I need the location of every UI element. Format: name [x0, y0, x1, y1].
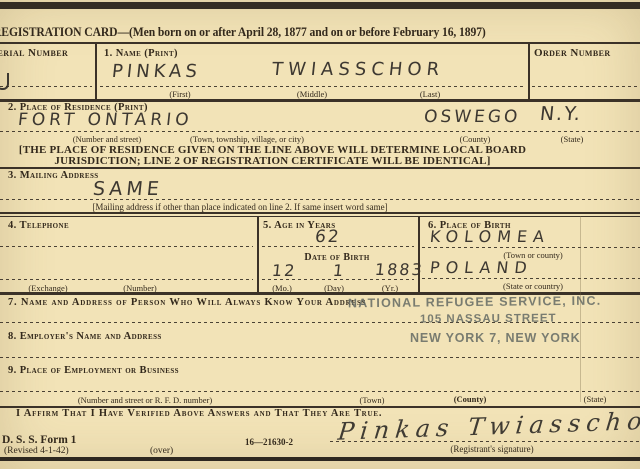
mailing-address-label: 3. Mailing Address: [8, 170, 99, 181]
scan-crease: [580, 216, 581, 402]
name-last-value: TWIASSCHOR: [271, 59, 445, 80]
row1-divider-left: [95, 44, 97, 99]
birth-town-dotted-rule: [422, 247, 640, 248]
print-code: 16—21630-2: [245, 437, 293, 447]
local-board-notice-line2: JURISDICTION; LINE 2 OF REGISTRATION CER…: [0, 155, 545, 167]
form-number: D. S. S. Form 1: [2, 434, 76, 446]
order-number-label: Order Number: [534, 47, 611, 59]
form-revision: (Revised 4-1-42): [4, 446, 69, 456]
mailing-dotted-rule: [0, 199, 640, 200]
refugee-service-stamp-line2: 105 NASSAU STREET: [420, 313, 557, 326]
mailing-address-hint: [Mailing address if other than place ind…: [0, 202, 480, 212]
refugee-service-stamp-line3: NEW YORK 7, NEW YORK: [410, 331, 580, 345]
serial-number-partial-handwriting: [0, 73, 9, 90]
row4-divider-left: [257, 217, 259, 293]
age-dotted-rule: [262, 246, 414, 247]
row2-bottom-rule: [0, 167, 640, 169]
dob-month-value: 12: [271, 261, 297, 280]
age-value: 62: [314, 227, 342, 247]
employer-dotted-rule: [0, 357, 640, 358]
employment-street-hint: (Number and street or R. F. D. number): [78, 395, 212, 405]
birth-country-value: POLAND: [429, 258, 534, 277]
middle-hint: (Middle): [297, 89, 327, 99]
affirmation-text: I Affirm That I Have Verified Above Answ…: [16, 408, 382, 419]
residence-street-value: FORT ONTARIO: [17, 110, 194, 130]
card-title: REGISTRATION CARD—(Men born on or after …: [0, 25, 486, 40]
row3-bottom-rule-a: [0, 212, 640, 214]
order-dotted-rule: [532, 86, 640, 87]
over-note: (over): [150, 446, 173, 456]
telephone-dotted-rule-1: [0, 246, 253, 247]
first-hint: (First): [169, 89, 190, 99]
name-label: 1. Name (Print): [104, 48, 178, 59]
telephone-dotted-rule-2: [0, 279, 253, 280]
card-bottom-edge: [0, 457, 640, 461]
row3-bottom-rule-b: [0, 216, 640, 218]
serial-dotted-rule: [0, 86, 92, 87]
refugee-service-stamp-line1: NATIONAL REFUGEE SERVICE, INC.: [348, 294, 602, 311]
employment-county-hint: (County): [454, 394, 487, 404]
name-first-value: PINKAS: [111, 61, 202, 82]
telephone-label: 4. Telephone: [8, 220, 69, 231]
card-top-edge: [0, 2, 640, 9]
residence-state-value: N.Y.: [539, 103, 583, 125]
employment-place-label: 9. Place of Employment or Business: [8, 365, 179, 376]
residence-county-hint: (County): [460, 134, 491, 144]
birth-country-hint: (State or country): [503, 281, 563, 291]
name-dotted-rule: [100, 86, 524, 87]
residence-state-hint: (State): [561, 134, 584, 144]
residence-county-value: OSWEGO: [423, 107, 521, 127]
employment-dotted-rule: [0, 391, 640, 392]
residence-street-hint: (Number and street): [73, 134, 141, 144]
mailing-address-value: SAME: [92, 178, 164, 200]
birth-town-value: KOLOMEA: [429, 227, 551, 246]
registration-card: REGISTRATION CARD—(Men born on or after …: [0, 0, 640, 469]
row4-divider-right: [418, 217, 420, 293]
employment-town-hint: (Town): [360, 395, 385, 405]
residence-town-hint: (Town, township, village, or city): [190, 134, 304, 144]
employment-state-hint: (State): [584, 394, 607, 404]
dob-day-value: 1: [332, 261, 344, 280]
last-hint: (Last): [420, 89, 440, 99]
residence-dotted-rule: [0, 131, 640, 132]
birth-country-dotted-rule: [422, 278, 640, 279]
contact-person-label: 7. Name and Address of Person Who Will A…: [8, 297, 366, 308]
signature-hint: (Registrant's signature): [450, 444, 533, 454]
row1-divider-right: [528, 44, 530, 99]
serial-number-label: Serial Number: [0, 47, 68, 59]
employer-label: 8. Employer's Name and Address: [8, 331, 162, 342]
dob-dotted-rule: [262, 279, 414, 280]
